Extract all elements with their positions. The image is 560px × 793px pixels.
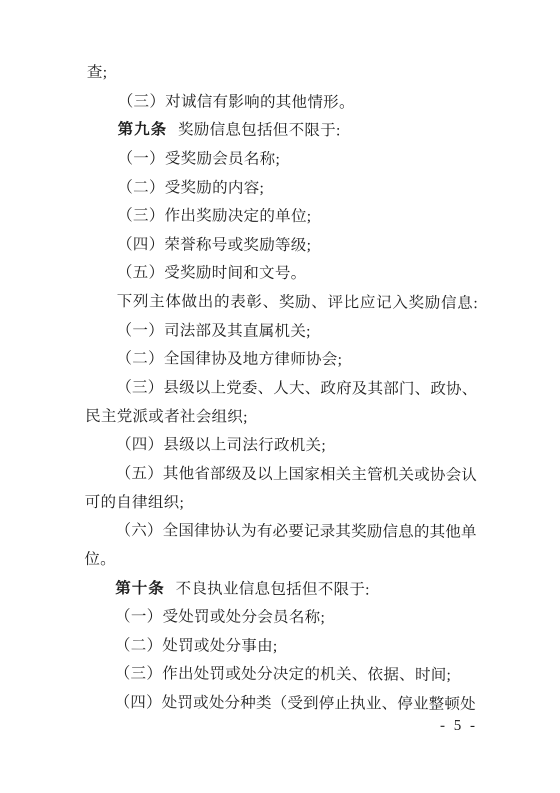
list-item: （二）受奖励的内容; [86,174,478,205]
list-item: （四）处罚或处分种类（受到停止执业、停业整顿处 [84,689,476,720]
list-item: （五）其他省部级及以上国家相关主管机关或协会认 [85,460,477,491]
article-number: 第十条 [115,580,165,597]
text-line: 位。 [84,546,476,577]
list-item: （四）荣誉称号或奖励等级; [86,231,478,262]
text-line: 可的自律组织; [85,489,477,520]
list-item: （二）处罚或处分事由; [84,632,476,663]
article-heading-line: 第九条奖励信息包括但不限于: [87,116,479,147]
article-number: 第九条 [118,121,168,138]
text-line: 民主党派或者社会组织; [85,403,477,434]
list-item: （二）全国律协及地方律师协会; [85,345,477,376]
text-line: 查; [87,59,479,90]
list-item: （三）作出奖励决定的单位; [86,202,478,233]
list-item: （三）对诚信有影响的其他情形。 [87,88,479,119]
article-heading-text: 奖励信息包括但不限于: [178,122,341,140]
article-heading-text: 不良执业信息包括但不限于: [176,580,370,598]
list-item: （一）受处罚或处分会员名称; [84,603,476,634]
list-item: （三）县级以上党委、人大、政府及其部门、政协、 [85,374,477,405]
text-line: 下列主体做出的表彰、奖励、评比应记入奖励信息: [86,288,478,319]
list-item: （六）全国律协认为有必要记录其奖励信息的其他单 [84,517,476,548]
list-item: （四）县级以上司法行政机关; [85,431,477,462]
list-item: （一）受奖励会员名称; [86,145,478,176]
article-heading-line: 第十条不良执业信息包括但不限于: [84,575,476,606]
list-item: （五）受奖励时间和文号。 [86,259,478,290]
page-number: - 5 - [440,718,478,735]
list-item: （一）司法部及其直属机关; [86,317,478,348]
list-item: （三）作出处罚或处分决定的机关、依据、时间; [84,660,476,691]
scanned-document-page: 查; （三）对诚信有影响的其他情形。 第九条奖励信息包括但不限于: （一）受奖励… [0,0,560,793]
document-body: 查; （三）对诚信有影响的其他情形。 第九条奖励信息包括但不限于: （一）受奖励… [84,59,479,720]
